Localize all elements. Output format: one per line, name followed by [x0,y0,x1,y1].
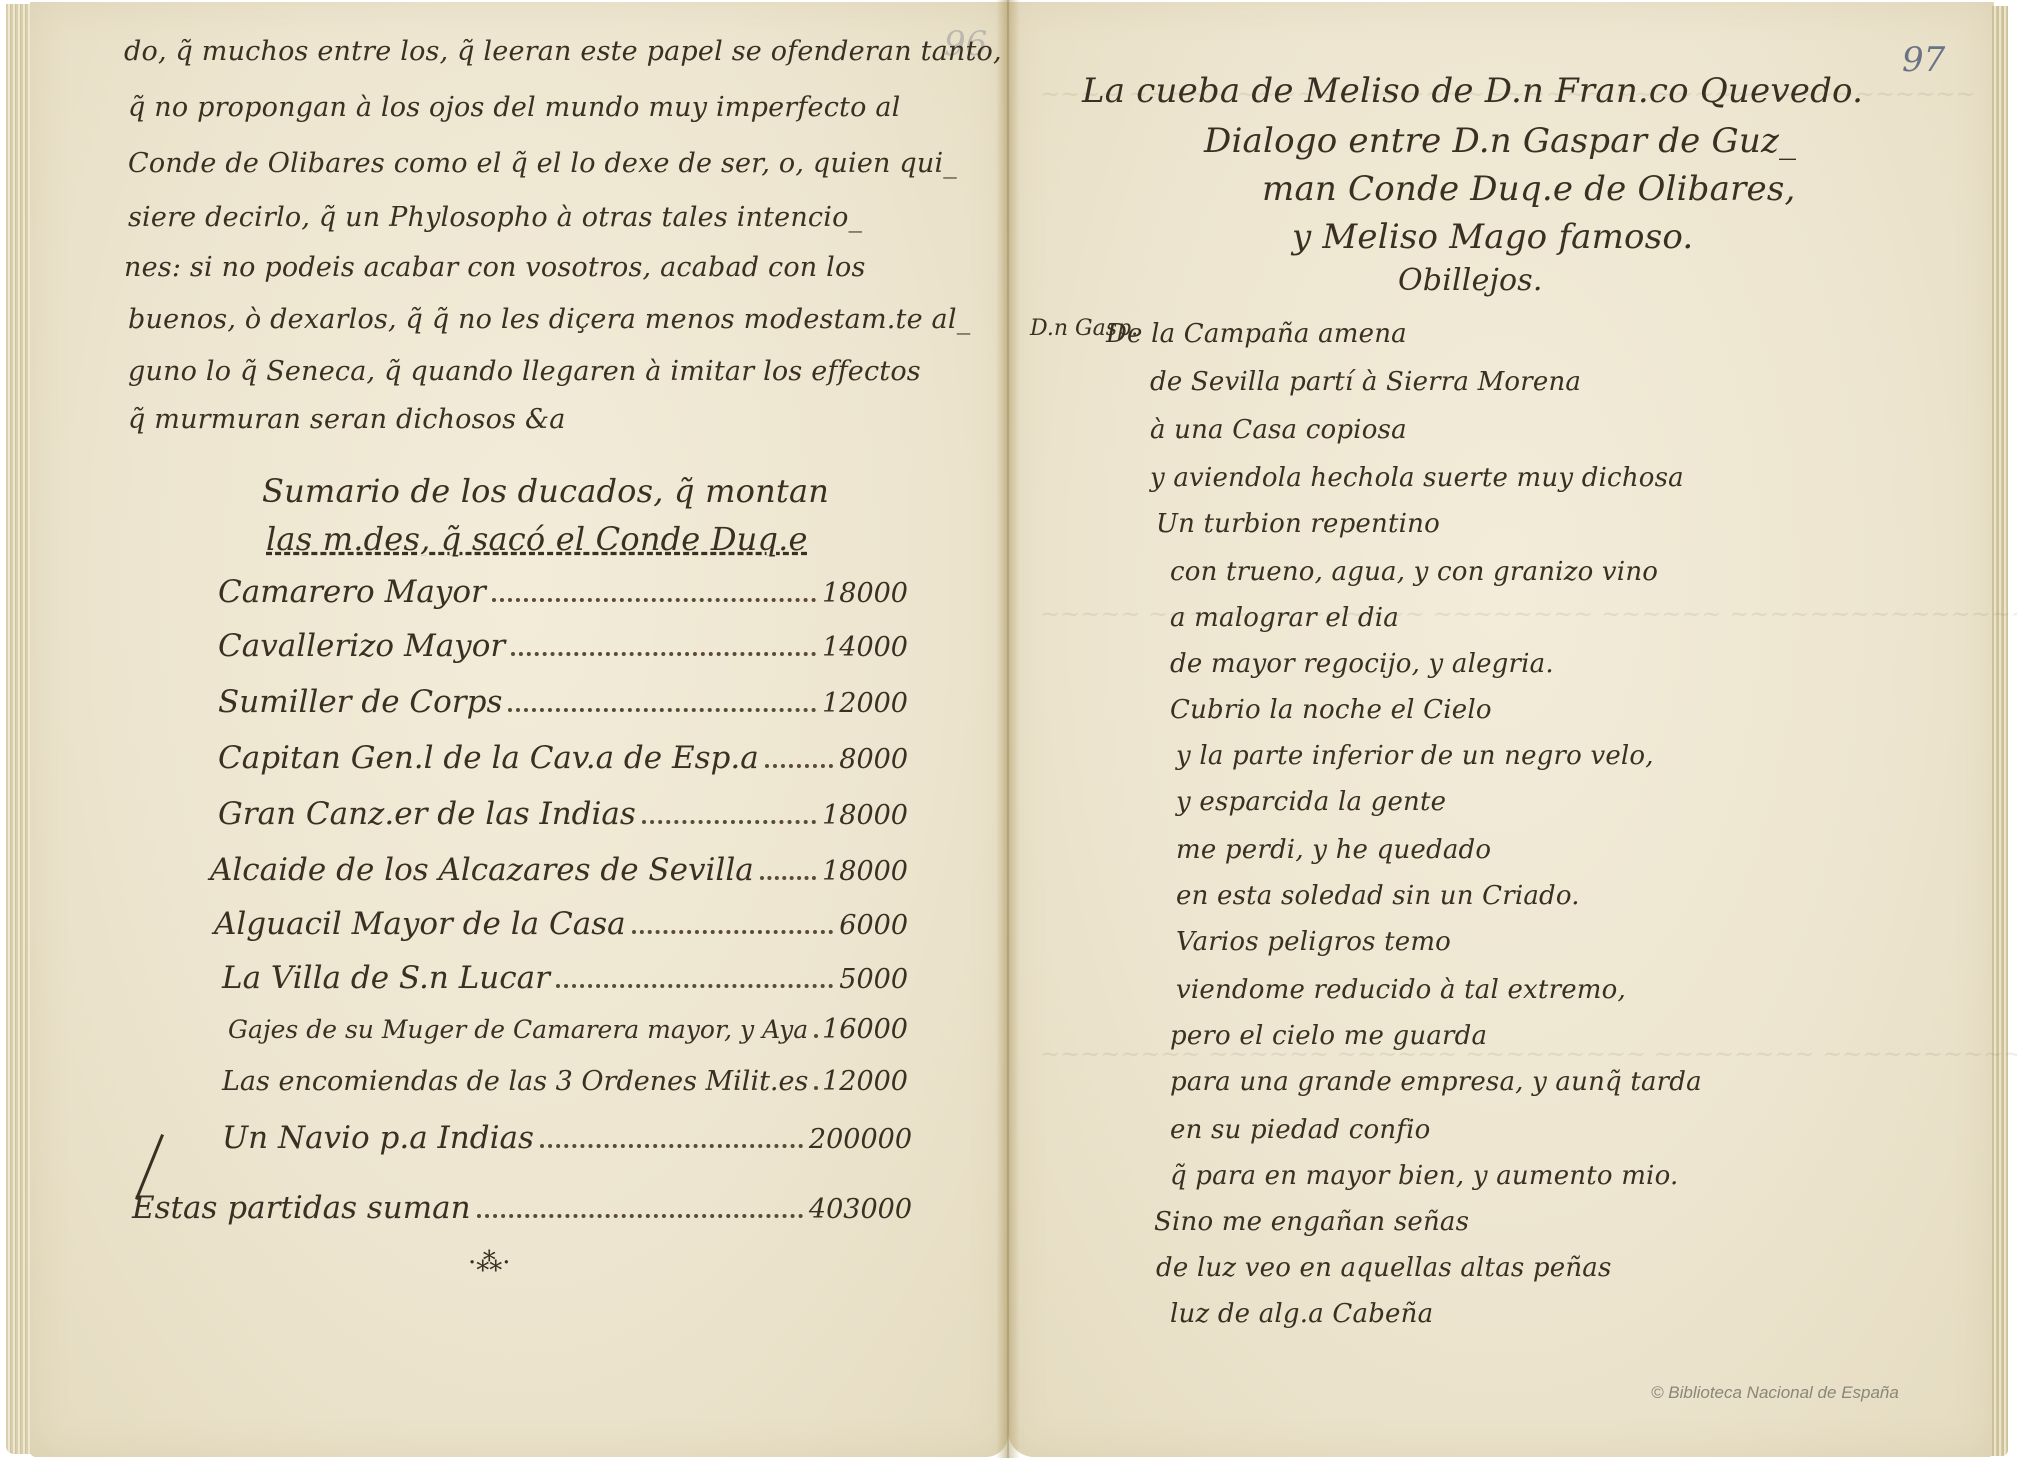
ledger-amount: 12000 [822,688,908,719]
ledger-amount: 16000 [822,1014,908,1045]
leader-dots [760,876,816,880]
prose-line: guno lo q̃ Seneca, q̃ quando llegaren à … [128,352,921,392]
verse-line: De la Campaña amena [1106,314,1407,355]
leader-dots [765,764,834,768]
leader-dots [632,930,834,934]
prose-line: nes: si no podeis acabar con vosotros, a… [124,248,866,288]
summary-title: Sumario de los ducados, q̃ montan [262,470,829,512]
ledger-label: Cavallerizo Mayor [218,628,505,664]
left-page-stack-edge [6,4,32,1454]
verse-line: me perdi, y he quedado [1176,830,1491,871]
leader-dots [508,708,816,712]
ledger-amount: 6000 [839,910,908,941]
verse-line: luz de alg.a Cabeña [1170,1294,1433,1335]
ledger-label: La Villa de S.n Lucar [222,960,550,996]
verse-line: en esta soledad sin un Criado. [1176,876,1580,917]
prose-line: q̃ murmuran seran dichosos &a [128,400,566,440]
verse-line: y aviendola hechola suerte muy dichosa [1150,458,1684,499]
prose-line: do, q̃ muchos entre los, q̃ leeran este … [124,32,1002,72]
ledger-row: Camarero Mayor 18000 [218,574,908,610]
leader-dots [477,1214,803,1218]
work-subtitle: man Conde Duq.e de Olibares, [1262,166,1796,212]
folio-number-right: 97 [1902,40,1945,80]
ledger-row: Gran Canz.er de las Indias 18000 [218,796,908,832]
ledger-amount: 14000 [822,632,908,663]
summary-subtitle: las m.des, q̃ sacó el Conde Duq.e [266,518,808,560]
verse-line: y esparcida la gente [1176,782,1446,823]
ledger-amount: 5000 [839,964,908,995]
ledger-label: Camarero Mayor [218,574,486,610]
leader-dots [814,1086,816,1090]
verse-form-label: Obillejos. [1398,258,1543,304]
ledger-label: Las encomiendas de las 3 Ordenes Milit.e… [222,1066,808,1097]
work-subtitle: y Meliso Mago famoso. [1292,214,1693,260]
ledger-amount: 18000 [822,578,908,609]
ledger-total-label: Estas partidas suman [132,1190,471,1226]
open-manuscript-book: ~~~~ ~~~~~ ~~~~~~~~ ~~~~~~~~~~ ~~~~~~~~~… [0,0,2017,1473]
book-gutter [996,0,1020,1458]
leader-dots [492,598,816,602]
verse-line: en su piedad confio [1170,1110,1431,1151]
prose-line: siere decirlo, q̃ un Phylosopho à otras … [128,198,862,238]
ledger-amount: 18000 [822,800,908,831]
verse-line: y la parte inferior de un negro velo, [1176,736,1654,777]
ledger-label: Gajes de su Muger de Camarera mayor, y A… [228,1015,808,1044]
verse-line: q̃ para en mayor bien, y aumento mio. [1170,1156,1678,1197]
copyright-notice: © Biblioteca Nacional de España [1651,1383,1899,1403]
verse-line: de mayor regocijo, y alegria. [1170,644,1554,685]
ledger-row: Alguacil Mayor de la Casa 6000 [214,906,908,942]
summary-subtitle-text: las m.des, q̃ sacó el Conde Duq.e [266,520,808,558]
leader-dots [556,984,833,988]
verse-line: Varios peligros temo [1176,922,1451,963]
ledger-row: La Villa de S.n Lucar 5000 [222,960,908,996]
ledger-row: Capitan Gen.l de la Cav.a de Esp.a 8000 [218,740,908,776]
verse-line: Un turbion repentino [1156,504,1440,545]
right-page-stack-edge [1992,6,2008,1456]
work-title: La cueba de Meliso de D.n Fran.co Queved… [1082,68,1863,114]
ledger-row: Las encomiendas de las 3 Ordenes Milit.e… [222,1066,908,1097]
verse-line: viendome reducido à tal extremo, [1176,970,1626,1011]
verse-line: de luz veo en aquellas altas peñas [1156,1248,1612,1289]
verse-line: de Sevilla partí à Sierra Morena [1150,362,1581,403]
ledger-label: Un Navio p.a Indias [222,1120,534,1156]
verse-line: con trueno, agua, y con granizo vino [1170,552,1658,593]
prose-line: q̃ no propongan à los ojos del mundo muy… [128,88,900,128]
ledger-label: Sumiller de Corps [218,684,502,720]
ledger-row: Gajes de su Muger de Camarera mayor, y A… [228,1014,908,1045]
work-subtitle: Dialogo entre D.n Gaspar de Guz_ [1204,118,1796,164]
ledger-amount: 12000 [822,1066,908,1097]
ledger-total-row: Estas partidas suman 403000 [132,1190,912,1226]
verse-line: para una grande empresa, y aunq̃ tarda [1170,1062,1702,1103]
ledger-amount: 8000 [839,744,908,775]
leader-dots [511,652,816,656]
leader-dots [642,820,816,824]
ledger-row: Alcaide de los Alcazares de Sevilla 1800… [210,852,908,888]
end-ornament-icon: ·⁂· [468,1248,511,1278]
prose-line: Conde de Olibares como el q̃ el lo dexe … [128,144,957,184]
ledger-row: Cavallerizo Mayor 14000 [218,628,908,664]
verse-line: Sino me engañan señas [1154,1202,1469,1243]
ledger-row: Sumiller de Corps 12000 [218,684,908,720]
leader-dots [540,1144,803,1148]
ledger-row: Un Navio p.a Indias 200000 [222,1120,912,1156]
ledger-label: Gran Canz.er de las Indias [218,796,636,832]
verse-line: Cubrio la noche el Cielo [1170,690,1492,731]
verse-line: a malograr el dia [1170,598,1399,639]
leader-dots [814,1034,816,1038]
verse-line: pero el cielo me guarda [1170,1016,1487,1057]
ledger-label: Alcaide de los Alcazares de Sevilla [210,852,754,888]
verse-line: à una Casa copiosa [1150,410,1407,451]
ledger-amount: 200000 [809,1124,912,1155]
ledger-label: Alguacil Mayor de la Casa [214,906,626,942]
ledger-amount: 18000 [822,856,908,887]
ledger-total-amount: 403000 [809,1194,912,1225]
prose-line: buenos, ò dexarlos, q̃ q̃ no les diçera … [128,300,970,340]
ledger-label: Capitan Gen.l de la Cav.a de Esp.a [218,740,759,776]
